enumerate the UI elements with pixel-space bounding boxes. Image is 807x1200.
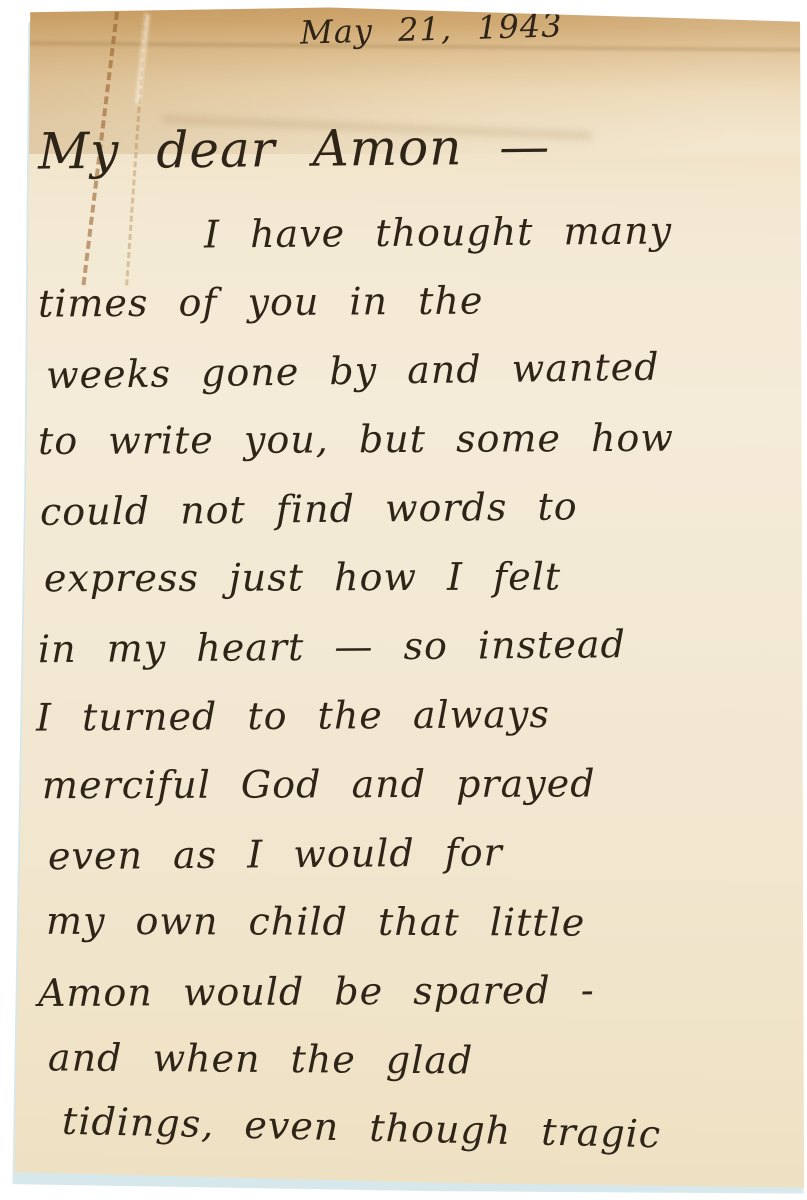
letter-line: Amon would be spared - (38, 955, 790, 1028)
letter-line: merciful God and prayed (42, 749, 790, 821)
letter-line: express just how I felt (44, 542, 790, 614)
letter-line: to write you, but some how (38, 403, 790, 476)
letter-line: tidings, even though tragic (61, 1087, 790, 1172)
letter-line: weeks gone by and wanted (46, 331, 791, 410)
letter-line: could not find words to (40, 470, 791, 547)
letter-line: in my heart — so instead (38, 609, 791, 685)
letter-line: and when the glad (48, 1023, 790, 1097)
letter-line: times of you in the (38, 264, 790, 338)
letter-date: May 21, 1943 (300, 6, 564, 51)
paper-sheet: May 21, 1943 My dear Amon — I have thoug… (12, 4, 804, 1190)
letter-line: I have thought many (204, 195, 791, 269)
letter-line: I turned to the always (36, 678, 790, 752)
letter-salutation: My dear Amon — (38, 117, 551, 180)
letter-line: even as I would for (48, 816, 791, 891)
scanned-letter-page: May 21, 1943 My dear Amon — I have thoug… (0, 0, 807, 1200)
crease-highlight (135, 14, 149, 104)
letter-line: my own child that little (46, 887, 790, 959)
letter-body: I have thought many times of you in the … (36, 198, 790, 1164)
